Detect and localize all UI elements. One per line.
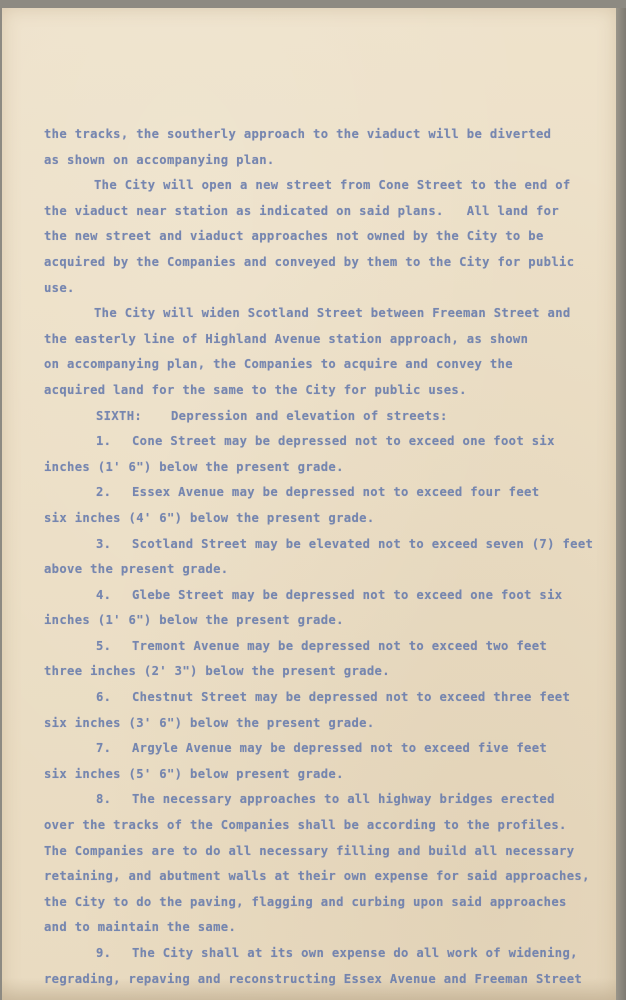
list-item: 7.Argyle Avenue may be depressed not to …: [44, 736, 584, 762]
text-line: the viaduct near station as indicated on…: [44, 199, 584, 225]
item-number: 9.: [96, 941, 132, 967]
item-text: Tremont Avenue may be depressed not to e…: [132, 639, 547, 653]
scanner-edge: [616, 8, 626, 1000]
text-line: acquired by the Companies and conveyed b…: [44, 250, 584, 276]
item-text: Scotland Street may be elevated not to e…: [132, 537, 593, 551]
text-line: inches (1' 6") below the present grade.: [44, 455, 584, 481]
text-line: above the present grade.: [44, 557, 584, 583]
text-line: The City will widen Scotland Street betw…: [44, 301, 584, 327]
list-item: 5.Tremont Avenue may be depressed not to…: [44, 634, 584, 660]
item-text: Glebe Street may be depressed not to exc…: [132, 588, 563, 602]
section-title: Depression and elevation of streets:: [171, 409, 448, 423]
list-item: 6.Chestnut Street may be depressed not t…: [44, 685, 584, 711]
text-line: retaining, and abutment walls at their o…: [44, 864, 584, 890]
list-item: 1.Cone Street may be depressed not to ex…: [44, 429, 584, 455]
item-number: 3.: [96, 532, 132, 558]
text-line: acquired land for the same to the City f…: [44, 378, 584, 404]
item-number: 7.: [96, 736, 132, 762]
item-number: 8.: [96, 787, 132, 813]
text-line: over the tracks of the Companies shall b…: [44, 813, 584, 839]
item-number: 1.: [96, 429, 132, 455]
text-line: the new street and viaduct approaches no…: [44, 224, 584, 250]
item-number: 2.: [96, 480, 132, 506]
text-line: regrading, repaving and reconstructing E…: [44, 967, 584, 993]
text-line: on accompanying plan, the Companies to a…: [44, 352, 584, 378]
text-line: three inches (2' 3") below the present g…: [44, 659, 584, 685]
list-item: 8.The necessary approaches to all highwa…: [44, 787, 584, 813]
item-text: Argyle Avenue may be depressed not to ex…: [132, 741, 547, 755]
text-line: the tracks, the southerly approach to th…: [44, 122, 584, 148]
item-text: Essex Avenue may be depressed not to exc…: [132, 485, 539, 499]
text-line: inches (1' 6") below the present grade.: [44, 608, 584, 634]
item-text: Cone Street may be depressed not to exce…: [132, 434, 555, 448]
text-line: The Companies are to do all necessary fi…: [44, 839, 584, 865]
item-text: The necessary approaches to all highway …: [132, 792, 555, 806]
text-line: and to maintain the same.: [44, 915, 584, 941]
item-text: The City shall at its own expense do all…: [132, 946, 578, 960]
text-line: as shown on accompanying plan.: [44, 148, 584, 174]
item-text: Chestnut Street may be depressed not to …: [132, 690, 570, 704]
text-line: the City to do the paving, flagging and …: [44, 890, 584, 916]
item-number: 4.: [96, 583, 132, 609]
section-heading: SIXTH:Depression and elevation of street…: [44, 404, 584, 430]
list-item: 9.The City shall at its own expense do a…: [44, 941, 584, 967]
text-line: the easterly line of Highland Avenue sta…: [44, 327, 584, 353]
text-line: six inches (4' 6") below the present gra…: [44, 506, 584, 532]
list-item: 3.Scotland Street may be elevated not to…: [44, 532, 584, 558]
list-item: 2.Essex Avenue may be depressed not to e…: [44, 480, 584, 506]
item-number: 5.: [96, 634, 132, 660]
scanned-document: the tracks, the southerly approach to th…: [0, 0, 626, 1000]
text-line: six inches (3' 6") below the present gra…: [44, 711, 584, 737]
text-line: six inches (5' 6") below present grade.: [44, 762, 584, 788]
typewritten-body: the tracks, the southerly approach to th…: [44, 122, 584, 992]
text-line: The City will open a new street from Con…: [44, 173, 584, 199]
item-number: 6.: [96, 685, 132, 711]
list-item: 4.Glebe Street may be depressed not to e…: [44, 583, 584, 609]
text-line: use.: [44, 276, 584, 302]
section-label: SIXTH:: [96, 404, 171, 430]
